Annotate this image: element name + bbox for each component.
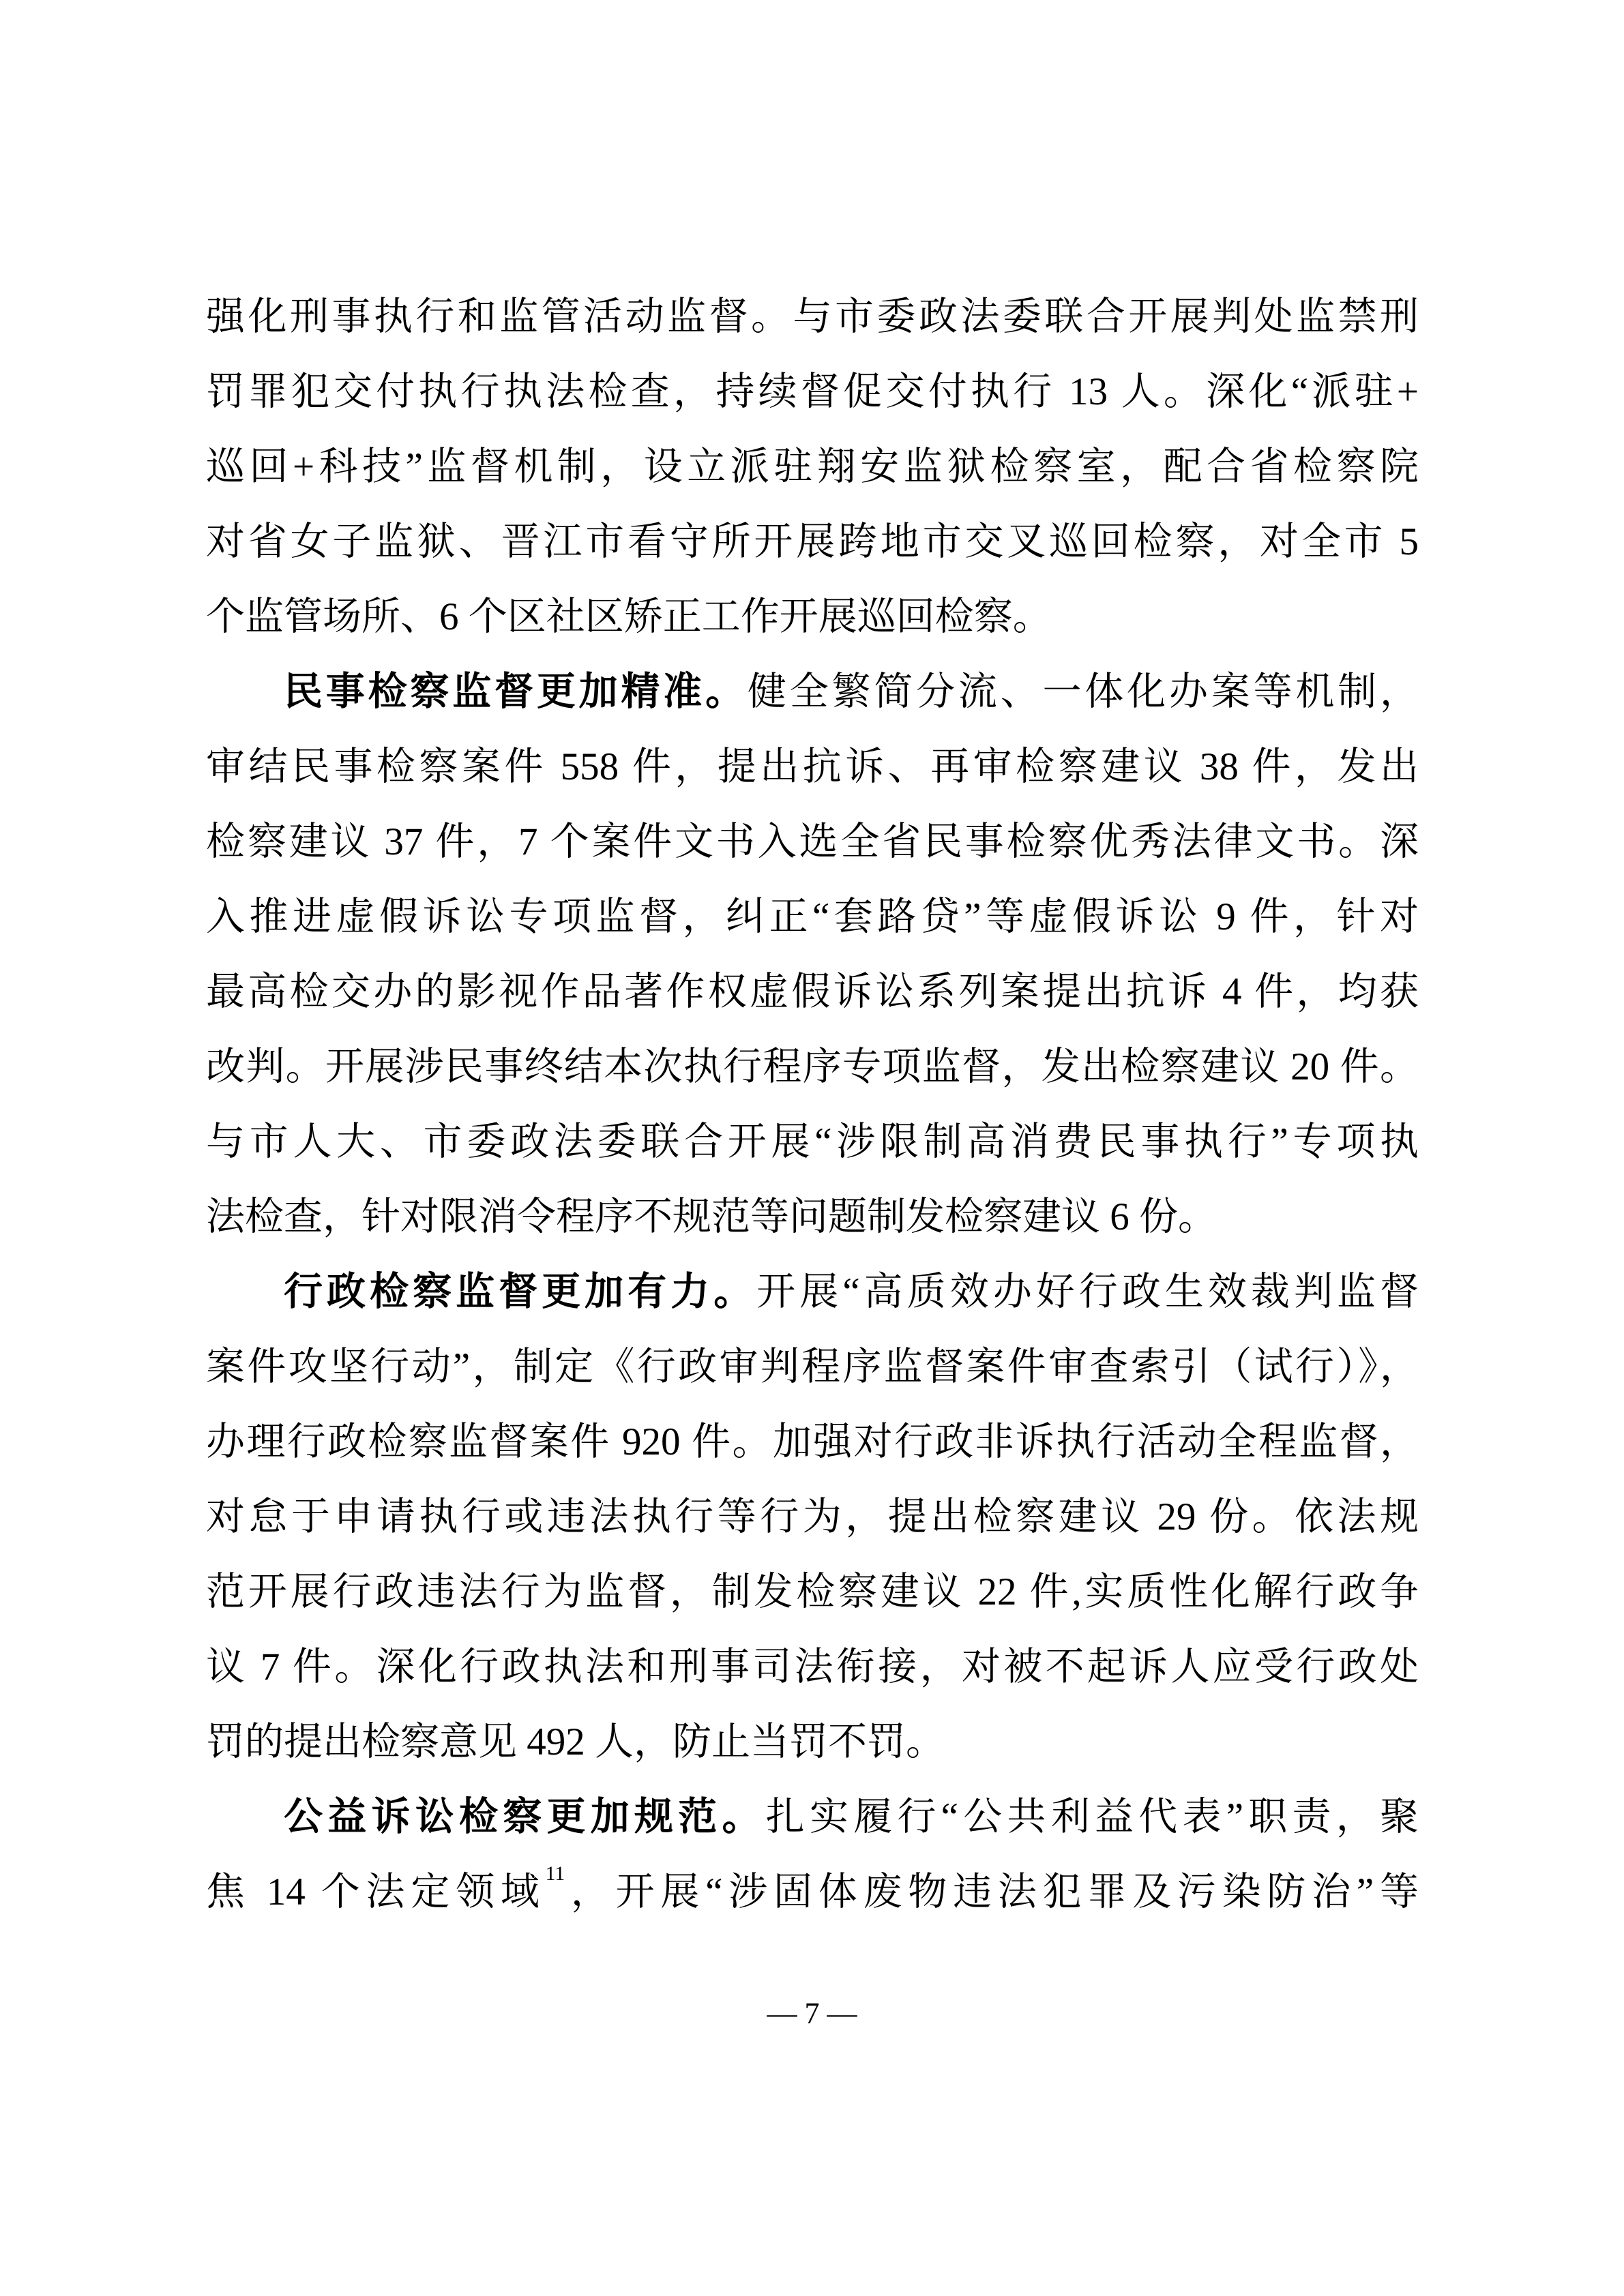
text-line: 与市人大、市委政法委联合开展“涉限制高消费民事执行”专项执: [206, 1105, 1419, 1180]
text-line: 最高检交办的影视作品著作权虚假诉讼系列案提出抗诉 4 件，均获: [206, 955, 1419, 1030]
text-run: ，开展“涉固体废物违法犯罪及污染防治”等: [565, 1870, 1419, 1913]
text-run: 案件攻坚行动”，制定《行政审判程序监督案件审查索引（试行）》，: [206, 1345, 1419, 1388]
text-body: 强化刑事执行和监管活动监督。与市委政法委联合开展判处监禁刑罚罪犯交付执行执法检查…: [206, 280, 1419, 1930]
text-line: 个监管场所、6 个区社区矫正工作开展巡回检察。: [206, 580, 1419, 655]
text-line: 巡回+科技”监督机制，设立派驻翔安监狱检察室，配合省检察院: [206, 430, 1419, 505]
text-run: 罚的提出检察意见 492 人，防止当罚不罚。: [206, 1720, 945, 1763]
text-line: 公益诉讼检察更加规范。扎实履行“公共利益代表”职责，聚: [206, 1780, 1419, 1855]
text-line: 罚罪犯交付执行执法检查，持续督促交付执行 13 人。深化“派驻+: [206, 355, 1419, 430]
text-line: 议 7 件。深化行政执法和刑事司法衔接，对被不起诉人应受行政处: [206, 1630, 1419, 1705]
text-line: 民事检察监督更加精准。健全繁简分流、一体化办案等机制，: [206, 655, 1419, 730]
text-run: 范开展行政违法行为监督，制发检察建议 22 件,实质性化解行政争: [206, 1570, 1419, 1613]
text-line: 改判。开展涉民事终结本次执行程序专项监督，发出检察建议 20 件。: [206, 1030, 1419, 1105]
text-line: 对省女子监狱、晋江市看守所开展跨地市交叉巡回检察，对全市 5: [206, 505, 1419, 580]
text-line: 案件攻坚行动”，制定《行政审判程序监督案件审查索引（试行）》，: [206, 1330, 1419, 1405]
paragraph-lead-bold: 行政检察监督更加有力。: [284, 1270, 756, 1313]
text-run: 审结民事检察案件 558 件，提出抗诉、再审检察建议 38 件，发出: [206, 745, 1419, 788]
text-line: 行政检察监督更加有力。开展“高质效办好行政生效裁判监督: [206, 1255, 1419, 1330]
text-line: 焦 14 个法定领域11，开展“涉固体废物违法犯罪及污染防治”等: [206, 1855, 1419, 1930]
text-run: 最高检交办的影视作品著作权虚假诉讼系列案提出抗诉 4 件，均获: [206, 970, 1419, 1013]
text-run: 开展“高质效办好行政生效裁判监督: [756, 1270, 1419, 1313]
text-line: 罚的提出检察意见 492 人，防止当罚不罚。: [206, 1705, 1419, 1780]
text-line: 法检查，针对限消令程序不规范等问题制发检察建议 6 份。: [206, 1180, 1419, 1255]
text-run: 改判。开展涉民事终结本次执行程序专项监督，发出检察建议 20 件。: [206, 1045, 1419, 1088]
paragraph-lead-bold: 民事检察监督更加精准。: [284, 670, 748, 713]
text-line: 入推进虚假诉讼专项监督，纠正“套路贷”等虚假诉讼 9 件，针对: [206, 880, 1419, 955]
text-run: 强化刑事执行和监管活动监督。与市委政法委联合开展判处监禁刑: [206, 295, 1419, 338]
text-line: 办理行政检察监督案件 920 件。加强对行政非诉执行活动全程监督，: [206, 1405, 1419, 1480]
footnote-ref: 11: [546, 1863, 565, 1885]
text-run: 办理行政检察监督案件 920 件。加强对行政非诉执行活动全程监督，: [206, 1420, 1419, 1463]
text-run: 法检查，针对限消令程序不规范等问题制发检察建议 6 份。: [206, 1195, 1217, 1238]
text-line: 检察建议 37 件，7 个案件文书入选全省民事检察优秀法律文书。深: [206, 805, 1419, 880]
text-run: 对省女子监狱、晋江市看守所开展跨地市交叉巡回检察，对全市 5: [206, 520, 1419, 563]
text-line: 审结民事检察案件 558 件，提出抗诉、再审检察建议 38 件，发出: [206, 730, 1419, 805]
text-run: 议 7 件。深化行政执法和刑事司法衔接，对被不起诉人应受行政处: [206, 1645, 1419, 1688]
text-run: 扎实履行“公共利益代表”职责，聚: [766, 1795, 1419, 1838]
text-line: 范开展行政违法行为监督，制发检察建议 22 件,实质性化解行政争: [206, 1555, 1419, 1630]
text-line: 对怠于申请执行或违法执行等行为，提出检察建议 29 份。依法规: [206, 1480, 1419, 1555]
text-line: 强化刑事执行和监管活动监督。与市委政法委联合开展判处监禁刑: [206, 280, 1419, 355]
document-page: 强化刑事执行和监管活动监督。与市委政法委联合开展判处监禁刑罚罪犯交付执行执法检查…: [0, 0, 1624, 2296]
text-run: 对怠于申请执行或违法执行等行为，提出检察建议 29 份。依法规: [206, 1495, 1419, 1538]
text-run: 检察建议 37 件，7 个案件文书入选全省民事检察优秀法律文书。深: [206, 820, 1419, 863]
text-run: 巡回+科技”监督机制，设立派驻翔安监狱检察室，配合省检察院: [206, 445, 1419, 488]
text-run: 入推进虚假诉讼专项监督，纠正“套路贷”等虚假诉讼 9 件，针对: [206, 895, 1419, 938]
paragraph-lead-bold: 公益诉讼检察更加规范。: [284, 1795, 766, 1838]
text-run: 与市人大、市委政法委联合开展“涉限制高消费民事执行”专项执: [206, 1120, 1419, 1163]
text-run: 健全繁简分流、一体化办案等机制，: [748, 670, 1419, 713]
text-run: 罚罪犯交付执行执法检查，持续督促交付执行 13 人。深化“派驻+: [206, 370, 1419, 413]
text-run: 焦 14 个法定领域: [206, 1870, 546, 1913]
text-run: 个监管场所、6 个区社区矫正工作开展巡回检察。: [206, 595, 1052, 638]
page-number: — 7 —: [0, 1983, 1624, 2044]
